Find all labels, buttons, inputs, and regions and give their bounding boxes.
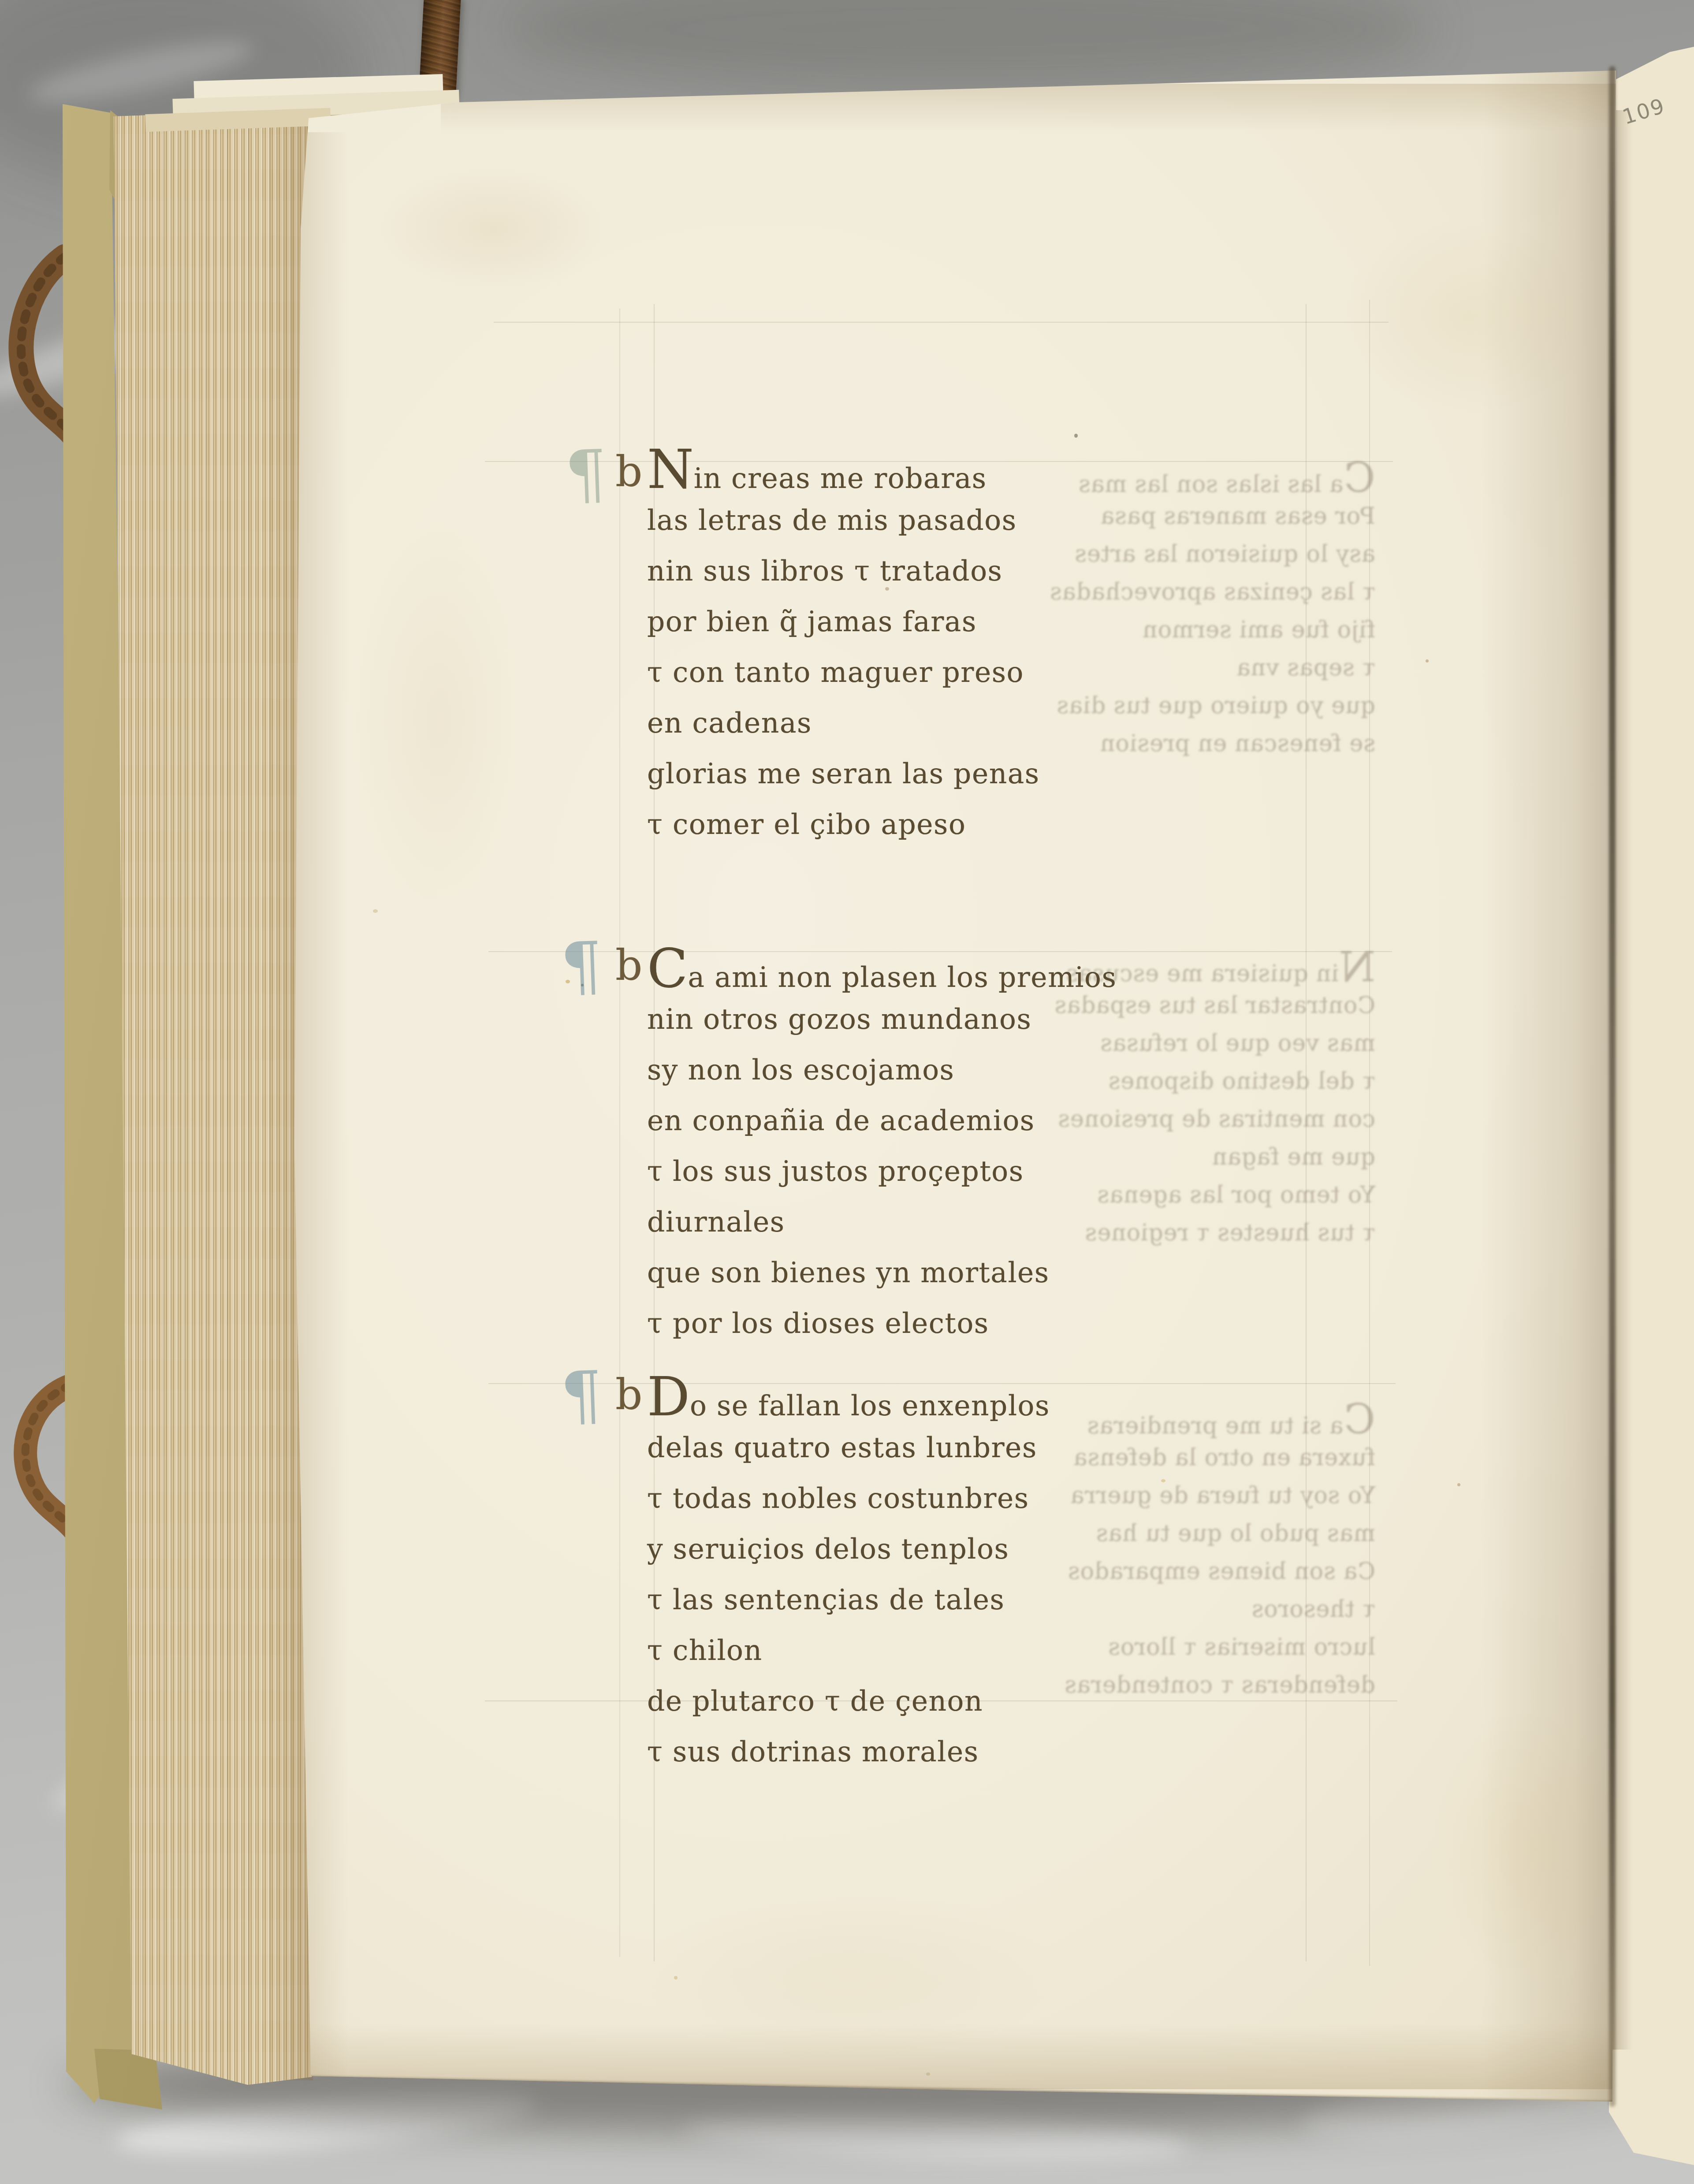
text-line: nin otros gozos mundanos xyxy=(647,994,1123,1045)
stanza-3: Do se fallan los enxenplosdelas quatro e… xyxy=(647,1372,1123,1777)
text-line: por bien q̃ jamas faras xyxy=(647,596,1123,647)
ruling-line-horizontal xyxy=(494,322,1389,323)
text-line: delas quatro estas lunbres xyxy=(647,1422,1123,1473)
foxing-speck xyxy=(674,1976,678,1979)
text-line: nin sus libros τ tratados xyxy=(647,546,1123,596)
text-line: que son bienes yn mortales xyxy=(647,1247,1123,1298)
text-line: Do se fallan los enxenplos xyxy=(647,1372,1123,1422)
text-line: τ todas nobles costunbres xyxy=(647,1473,1123,1524)
guide-letter: b xyxy=(615,1373,642,1416)
parchment-stain xyxy=(1340,220,1596,414)
text-line: glorias me seran las penas xyxy=(647,748,1123,799)
guide-letter: b xyxy=(615,450,642,493)
text-line: τ los sus justos proçeptos xyxy=(647,1146,1123,1197)
text-line: las letras de mis pasados xyxy=(647,495,1123,546)
text-line: en conpañia de academios xyxy=(647,1095,1123,1146)
stanza-1: Nin creas me robaraslas letras de mis pa… xyxy=(647,444,1123,850)
text-line: sy non los escojamos xyxy=(647,1045,1123,1095)
text-line: y seruiçios delos tenplos xyxy=(647,1524,1123,1574)
text-line: Nin creas me robaras xyxy=(647,444,1123,495)
background-texture xyxy=(507,0,1433,88)
parchment-stain xyxy=(1433,1710,1627,1983)
guide-letter: b xyxy=(615,944,642,986)
text-line: τ sus dotrinas morales xyxy=(647,1726,1123,1777)
text-line: de plutarco τ de çenon xyxy=(647,1676,1123,1726)
foxing-speck xyxy=(1457,1483,1460,1486)
parchment-stain xyxy=(639,1886,1058,2063)
ruling-line-vertical xyxy=(619,309,620,1957)
parchment-stain xyxy=(379,167,608,291)
foxing-speck xyxy=(926,2072,930,2076)
text-line: τ con tanto maguer preso xyxy=(647,647,1123,698)
foxing-speck xyxy=(1074,434,1078,438)
parchment-stain xyxy=(353,520,529,926)
stanza-2: Ca ami non plasen los premiosnin otros g… xyxy=(647,943,1123,1349)
text-line: en cadenas xyxy=(647,698,1123,748)
page-shading xyxy=(441,84,1622,132)
gutter-crease xyxy=(1609,66,1616,2107)
pilcrow-icon: ¶ xyxy=(559,933,614,1000)
foxing-speck xyxy=(373,909,378,913)
text-line: τ las sentençias de tales xyxy=(647,1574,1123,1625)
pilcrow-icon: ¶ xyxy=(564,441,619,508)
foxing-speck xyxy=(1426,659,1429,662)
text-line: Ca ami non plasen los premios xyxy=(647,943,1123,994)
manuscript-photo: 109 Ca las islas son las masPo xyxy=(0,0,1694,2184)
text-line: τ comer el çibo apeso xyxy=(647,799,1123,850)
text-line: diurnales xyxy=(647,1197,1123,1247)
text-line: τ chilon xyxy=(647,1625,1123,1676)
pilcrow-icon: ¶ xyxy=(559,1362,614,1429)
text-line: τ por los dioses electos xyxy=(647,1298,1123,1349)
